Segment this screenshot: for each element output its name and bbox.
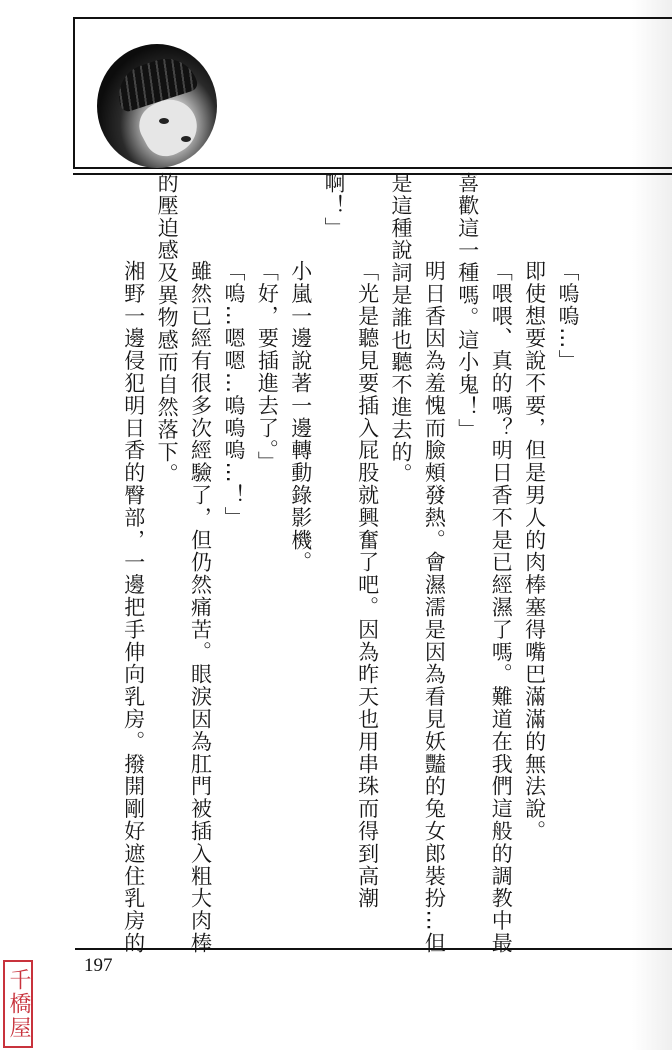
text-column: 雖然已經有很多次經驗了，但仍然痛苦。眼淚因為肛門被插入粗大肉棒: [183, 238, 216, 938]
character-portrait: [97, 44, 217, 168]
portrait-eye: [159, 118, 169, 124]
body-text: 「嗚嗚…」 即使想要說不要，但是男人的肉棒塞得嘴巴滿滿的無法說。 「喂喂、真的嗎…: [116, 238, 584, 938]
publisher-seal-stamp: 千橋屋: [3, 960, 33, 1048]
text-column: 「光是聽見要插入屁股就興奮了吧。因為昨天也用串珠而得到高潮: [350, 238, 383, 938]
text-column: 即使想要說不要，但是男人的肉棒塞得嘴巴滿滿的無法說。: [517, 238, 550, 938]
text-column: 喜歡這一種嗎。這小鬼！」: [450, 172, 483, 938]
text-column: 明日香因為羞愧而臉頰發熱。會濕濡是因為看見妖豔的兔女郎裝扮…但: [417, 238, 450, 938]
footer-divider: [75, 948, 672, 950]
text-column: 「嗚嗚…」: [551, 238, 584, 938]
text-column: 「喂喂、真的嗎？明日香不是已經濕了嗎。難道在我們這般的調教中最: [484, 238, 517, 938]
text-column: 湘野一邊侵犯明日香的臀部，一邊把手伸向乳房。撥開剛好遮住乳房的: [116, 238, 149, 938]
portrait-eye: [181, 136, 191, 142]
text-column: 的壓迫感及異物感而自然落下。: [150, 172, 183, 938]
text-column: 啊！」: [317, 172, 350, 938]
text-column: 「好，要插進去了。」: [250, 238, 283, 938]
text-column: 小嵐一邊說著一邊轉動錄影機。: [283, 238, 316, 938]
text-column: 是這種說詞是誰也聽不進去的。: [384, 172, 417, 938]
text-column: 「嗚…嗯嗯…嗚嗚嗚…！」: [217, 238, 250, 938]
page-number: 197: [84, 955, 113, 977]
